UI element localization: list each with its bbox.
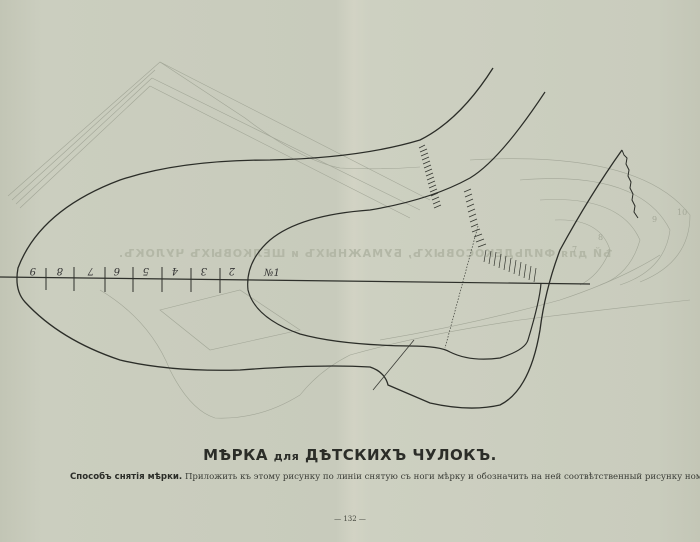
instruction-text: Приложить къ этому рисунку по линіи снят… <box>185 472 700 482</box>
page-number: — 132 — <box>0 515 700 523</box>
svg-text:4: 4 <box>172 265 179 276</box>
svg-text:2: 2 <box>229 265 236 276</box>
svg-text:8: 8 <box>598 233 603 242</box>
svg-text:9: 9 <box>652 215 657 224</box>
top-edge-zigzag <box>622 150 638 218</box>
svg-text:№1: №1 <box>263 268 280 279</box>
inner-stocking-outline <box>248 92 545 359</box>
faint-guide-lines <box>8 62 690 418</box>
svg-text:5: 5 <box>143 265 149 276</box>
page-title: МѢРКА для ДѢТСКИХЪ ЧУЛОКЪ. <box>0 446 700 464</box>
instruction-paragraph: Способъ снятія мѣрки. Приложить къ этому… <box>70 472 650 482</box>
instruction-label: Способъ снятія мѣрки. <box>70 472 182 482</box>
hatch-band-lower <box>464 189 536 282</box>
scale-ticks <box>46 267 220 293</box>
hatch-band-upper <box>419 145 441 208</box>
scale-labels: №1 2 3 4 5 6 7 8 9 <box>29 265 280 279</box>
svg-text:7: 7 <box>572 245 577 254</box>
svg-text:8: 8 <box>57 265 63 276</box>
scanned-page: ѢЙ для ФИЛЬДЕКОСОВЫХЪ, БУМАЖНЫХЪ и ШЕЛКО… <box>0 0 700 542</box>
svg-text:3: 3 <box>201 265 207 276</box>
svg-text:6: 6 <box>113 265 120 276</box>
svg-text:9: 9 <box>29 265 36 276</box>
svg-text:10: 10 <box>677 208 687 217</box>
svg-text:7: 7 <box>87 265 94 276</box>
measurement-baseline <box>0 277 590 284</box>
